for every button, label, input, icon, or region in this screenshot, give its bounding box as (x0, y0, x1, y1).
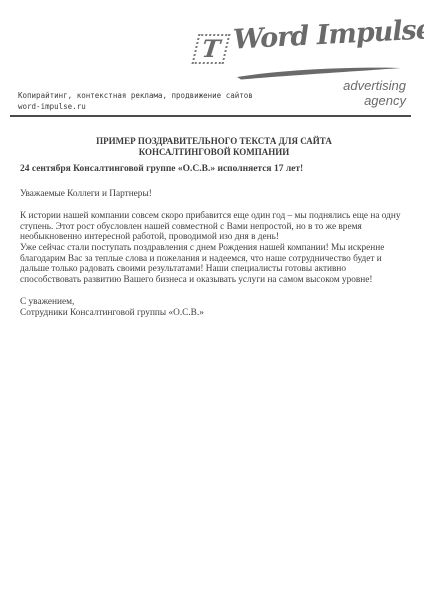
logo-subtitle-line2: agency (343, 93, 406, 108)
header-divider (10, 115, 411, 117)
letterhead: T Word Impulse advertising agency Копира… (0, 0, 424, 117)
website-url: word-impulse.ru (18, 101, 253, 112)
services-tagline: Копирайтинг, контекстная реклама, продви… (18, 90, 253, 101)
closing-signature: Сотрудники Консалтинговой группы «О.С.В.… (20, 308, 408, 319)
logo-t-letter: T (201, 37, 222, 61)
letter-paragraph-2: Уже сейчас стали поступать поздравления … (20, 243, 408, 285)
logo-t-box-icon: T (192, 34, 231, 64)
letter-paragraph-1: К истории нашей компании совсем скоро пр… (20, 211, 408, 243)
letter-content: ПРИМЕР ПОЗДРАВИТЕЛЬНОГО ТЕКСТА ДЛЯ САЙТА… (20, 136, 408, 319)
services-tagline-block: Копирайтинг, контекстная реклама, продви… (18, 90, 253, 112)
logo-subtitle-line1: advertising (343, 78, 406, 93)
anniversary-date-line: 24 сентября Консалтинговой группе «О.С.В… (20, 164, 408, 175)
logo-wordmark: Word Impulse (232, 15, 408, 55)
letter-greeting: Уважаемые Коллеги и Партнеры! (20, 189, 408, 200)
letter-title-line1: ПРИМЕР ПОЗДРАВИТЕЛЬНОГО ТЕКСТА ДЛЯ САЙТА (20, 136, 408, 147)
closing-salutation: С уважением, (20, 297, 408, 308)
logo-subtitle: advertising agency (343, 78, 406, 108)
letter-closing: С уважением, Сотрудники Консалтинговой г… (20, 297, 408, 318)
letter-title-line2: КОНСАЛТИНГОВОЙ КОМПАНИИ (20, 147, 408, 158)
document-page: T Word Impulse advertising agency Копира… (0, 0, 424, 600)
letter-title: ПРИМЕР ПОЗДРАВИТЕЛЬНОГО ТЕКСТА ДЛЯ САЙТА… (20, 136, 408, 158)
